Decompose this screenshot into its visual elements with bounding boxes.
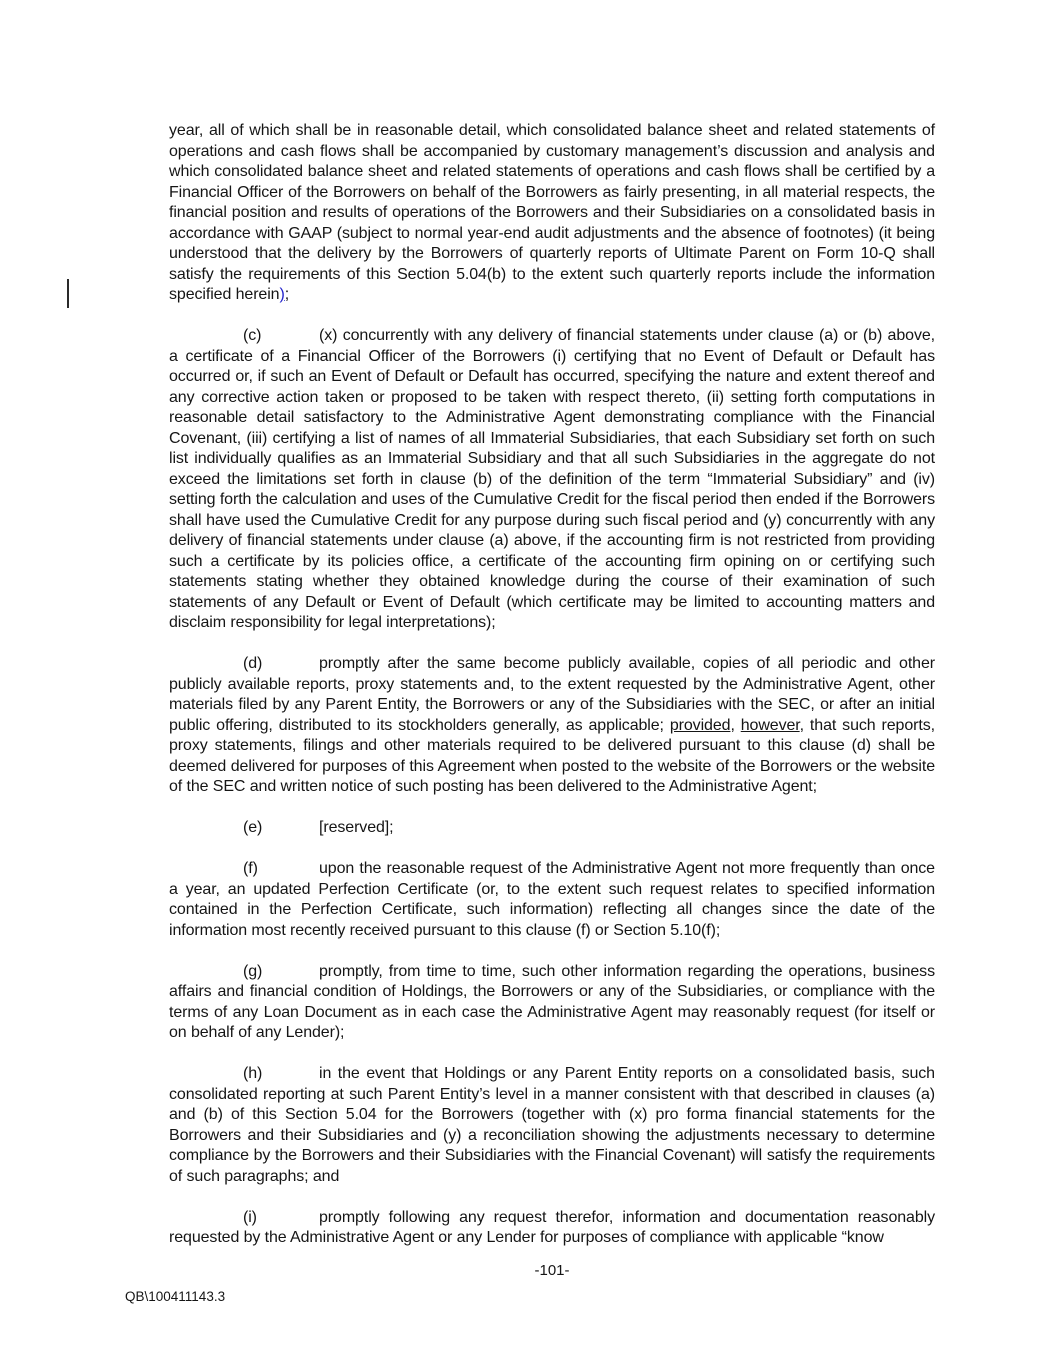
clause-letter: (i) — [243, 1208, 319, 1229]
clause-text: [reserved]; — [319, 819, 394, 836]
clause-letter: (h) — [243, 1064, 319, 1085]
clause-c: (c)(x) concurrently with any delivery of… — [169, 326, 935, 634]
clause-text: , — [730, 717, 740, 734]
clause-letter: (d) — [243, 654, 319, 675]
page-number: -101- — [169, 1262, 935, 1279]
paragraph-b-continuation: year, all of which shall be in reasonabl… — [169, 121, 935, 306]
clause-d: (d)promptly after the same become public… — [169, 654, 935, 798]
clause-i: (i)promptly following any request theref… — [169, 1208, 935, 1249]
clause-letter: (f) — [243, 859, 319, 880]
document-page: year, all of which shall be in reasonabl… — [0, 0, 1055, 1365]
clause-letter: (e) — [243, 818, 319, 839]
underlined-term-provided: provided — [670, 717, 731, 734]
clause-letter: (g) — [243, 962, 319, 983]
document-body: year, all of which shall be in reasonabl… — [169, 121, 935, 1269]
clause-f: (f)upon the reasonable request of the Ad… — [169, 859, 935, 941]
clause-g: (g)promptly, from time to time, such oth… — [169, 962, 935, 1044]
clause-letter: (c) — [243, 326, 319, 347]
paragraph-text-tail: ; — [285, 286, 289, 303]
clause-h: (h)in the event that Holdings or any Par… — [169, 1064, 935, 1187]
revision-change-bar — [67, 279, 69, 308]
clause-text: (x) concurrently with any delivery of fi… — [169, 327, 935, 631]
paragraph-text: year, all of which shall be in reasonabl… — [169, 122, 935, 303]
document-id-stamp: QB\100411143.3 — [125, 1289, 225, 1304]
underlined-term-however: however — [741, 717, 800, 734]
clause-e: (e)[reserved]; — [169, 818, 935, 839]
